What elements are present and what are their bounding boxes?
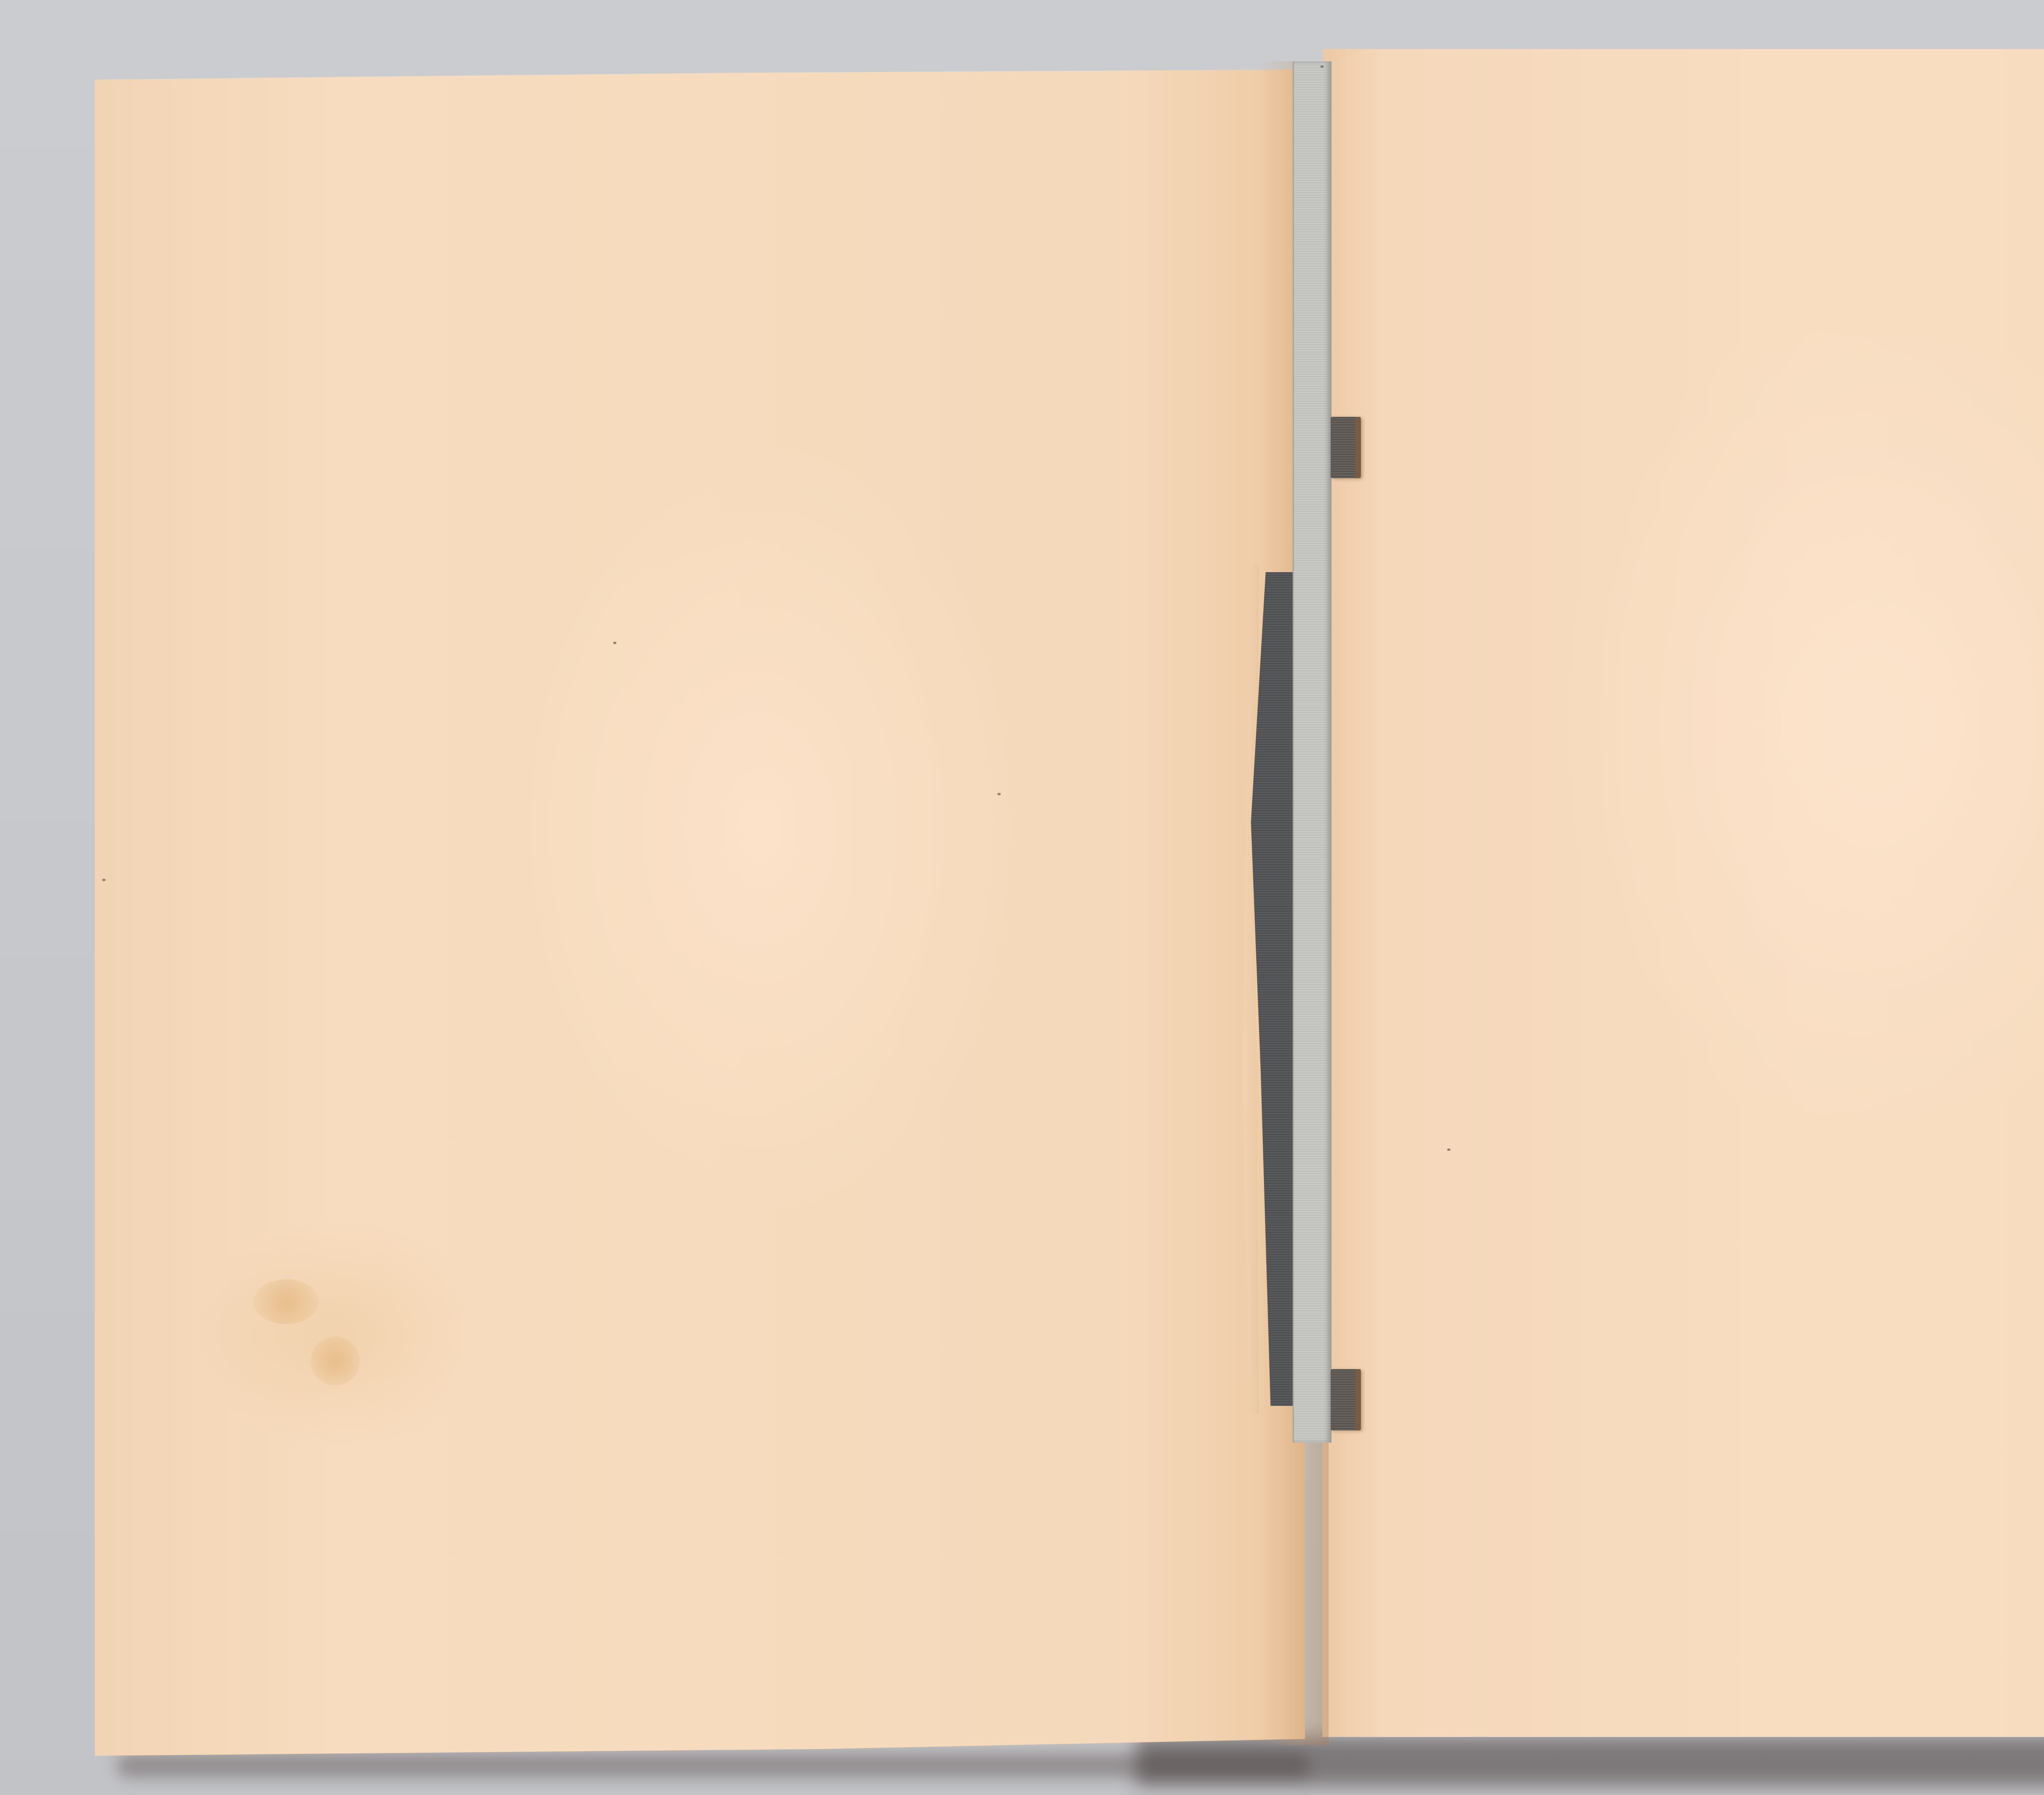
paper-speck	[613, 642, 616, 644]
staple-top	[1331, 417, 1361, 478]
staple-bottom	[1331, 1369, 1361, 1430]
paper-speck	[102, 879, 105, 881]
foxing-stain	[311, 1336, 360, 1385]
paper-speck	[997, 793, 1001, 795]
paper-speck	[1320, 65, 1324, 68]
paper-speck	[1447, 1148, 1450, 1151]
spine-cloth-tape	[1293, 61, 1331, 1443]
right-page	[1322, 49, 2044, 1737]
foxing-stain	[253, 1279, 319, 1324]
left-page	[95, 69, 1305, 1756]
left-page-shadow	[117, 1753, 1310, 1778]
